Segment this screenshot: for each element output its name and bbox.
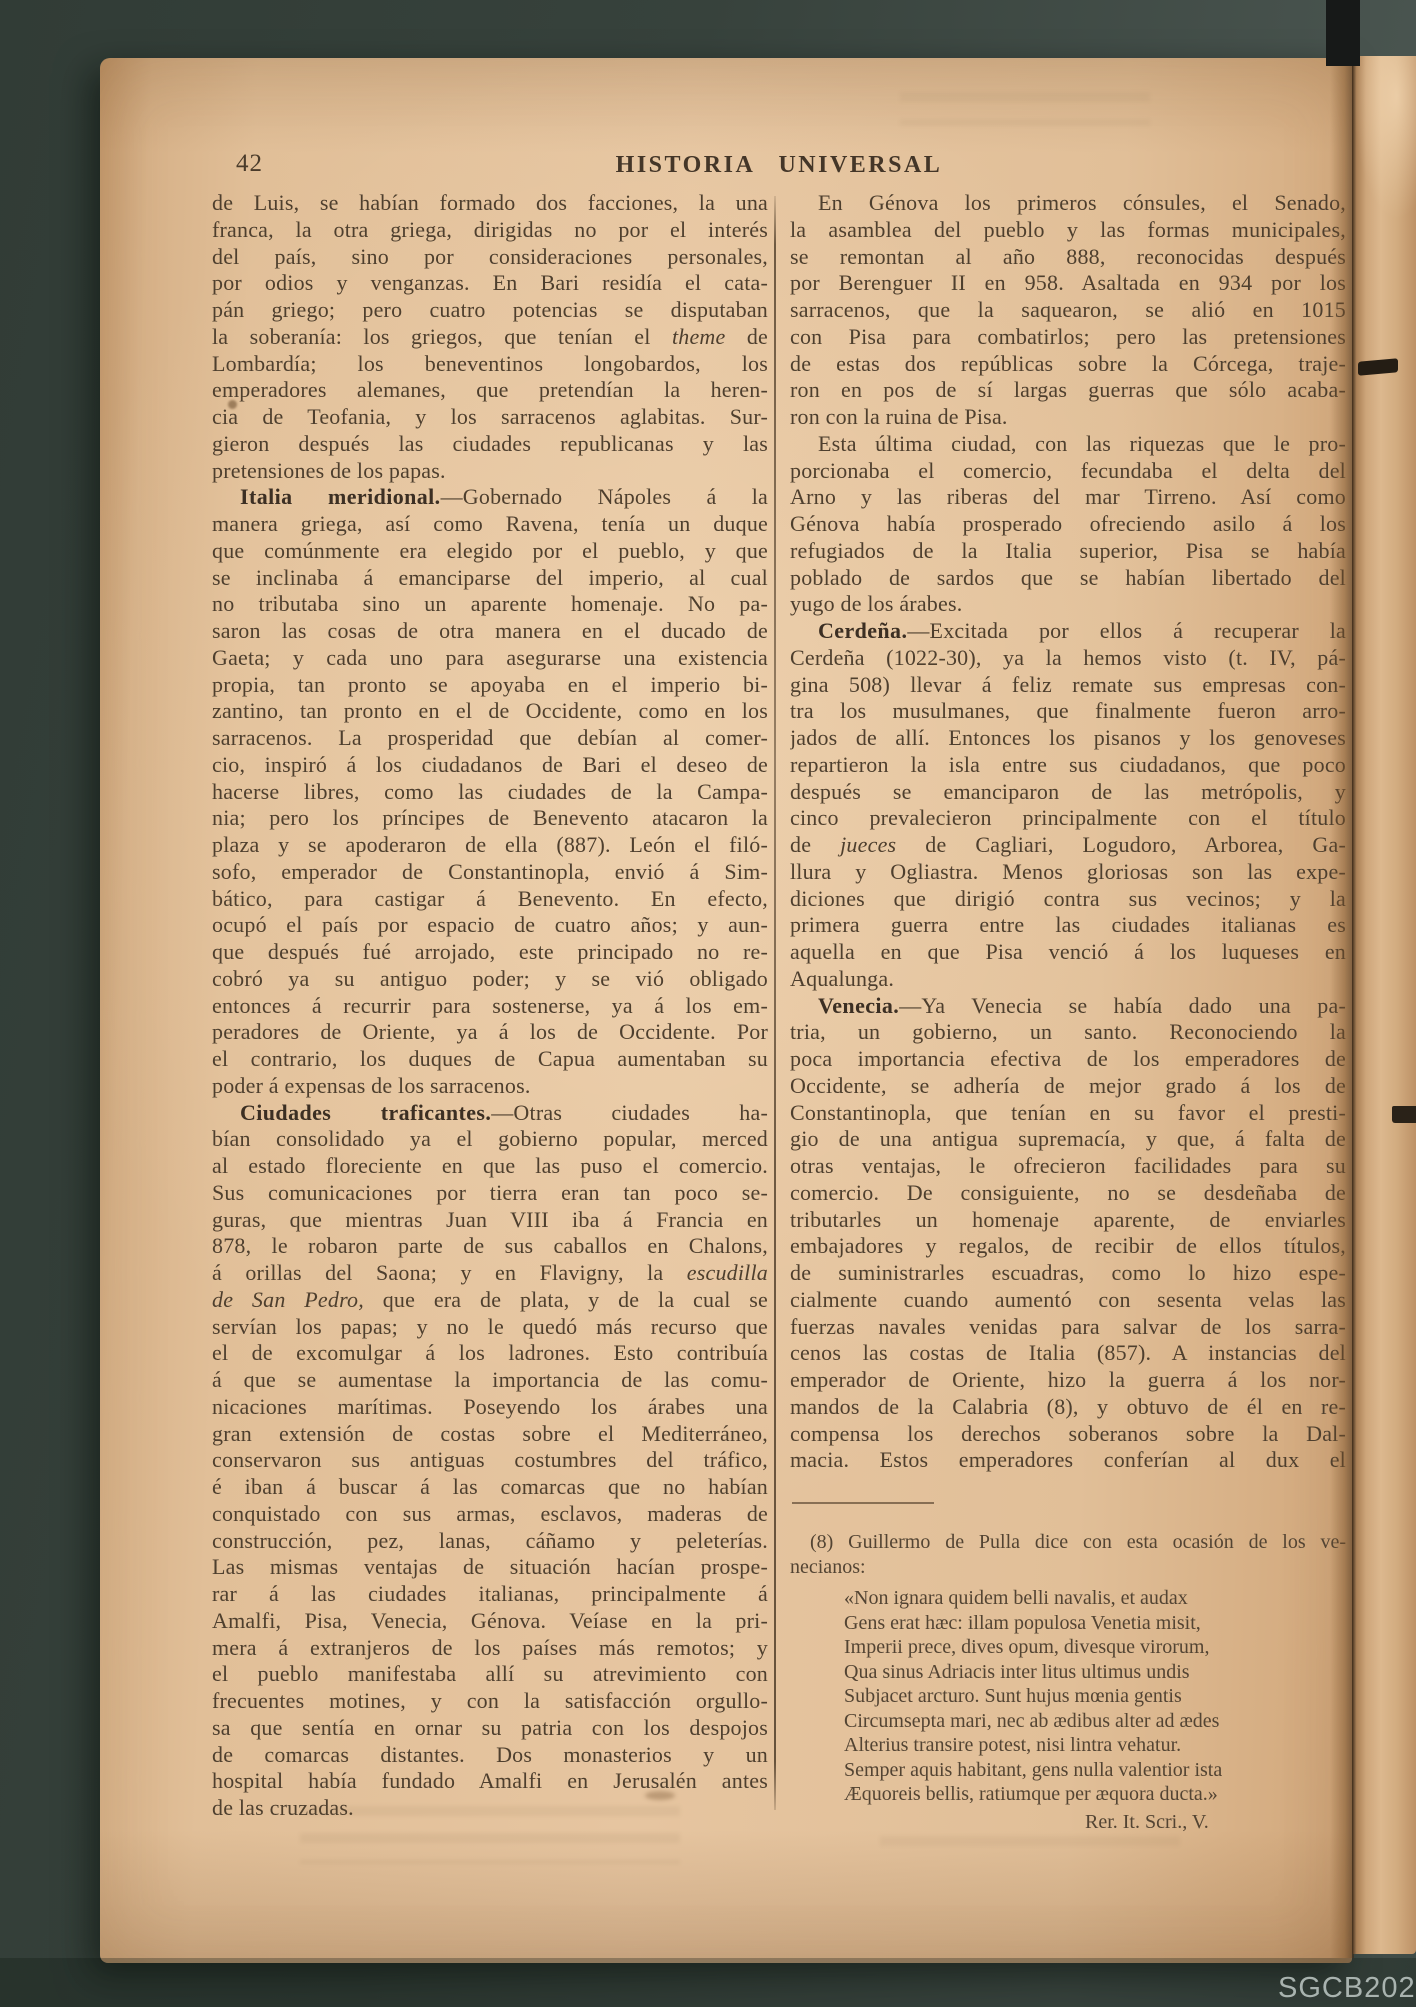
book-page: 42 HISTORIA UNIVERSAL de Luis, se habían…	[100, 58, 1352, 1963]
ink-showthrough-smudge	[900, 92, 1150, 126]
text-line: poca importancia efectiva de los emperad…	[790, 1046, 1346, 1073]
right-column: En Génova los primeros cónsules, el Sena…	[790, 190, 1346, 1474]
text-line: que comúnmente era elegido por el pueblo…	[212, 538, 768, 565]
ink-showthrough-smudge	[880, 1836, 1180, 1862]
text-line: cia de Teofania, y los sarracenos aglabi…	[212, 404, 768, 431]
text-line: Cerdeña (1022-30), ya la hemos visto (t.…	[790, 645, 1346, 672]
scanner-bed-shadow	[0, 1958, 1416, 2007]
text-line: el contrario, los duques de Capua aument…	[212, 1046, 768, 1073]
footnote-intro: (8) Guillermo de Pulla dice con esta oca…	[790, 1530, 1346, 1579]
text-line: no tributaba sino un aparente homenaje. …	[212, 591, 768, 618]
text-line: á que se aumentase la importancia de las…	[212, 1367, 768, 1394]
text-line: ron en pos de sí largas guerras que sólo…	[790, 377, 1346, 404]
text-line: jados de allí. Entonces los pisanos y lo…	[790, 725, 1346, 752]
text-line: otras ventajas, le ofrecieron facilidade…	[790, 1153, 1346, 1180]
library-watermark: SGCB2021	[1278, 1972, 1416, 2005]
text-line: Constantinopla, que tenían en su favor e…	[790, 1100, 1346, 1127]
text-line: al estado floreciente en que las puso el…	[212, 1153, 768, 1180]
text-line: gina 508) llevar á feliz remate sus empr…	[790, 672, 1346, 699]
text-line: tria, un gobierno, un santo. Reconociend…	[790, 1019, 1346, 1046]
ink-showthrough-smudge	[300, 1806, 680, 1864]
text-line: sa que sentía en ornar su patria con los…	[212, 1715, 768, 1742]
text-line: ocupó el país por espacio de cuatro años…	[212, 912, 768, 939]
text-line: de jueces de Cagliari, Logudoro, Arborea…	[790, 832, 1346, 859]
text-line: macia. Estos emperadores conferían al du…	[790, 1447, 1346, 1474]
text-line: fuerzas navales venidas para salvar de l…	[790, 1314, 1346, 1341]
text-line: cobró ya su antiguo poder; y se vió obli…	[212, 966, 768, 993]
text-line: el pueblo manifestaba allí su atrevimien…	[212, 1661, 768, 1688]
text-line: Arno y las riberas del mar Tirreno. Así …	[790, 484, 1346, 511]
text-line: la soberanía: los griegos, que tenían el…	[212, 324, 768, 351]
text-line: gran extensión de costas sobre el Medite…	[212, 1421, 768, 1448]
text-line: después se emanciparon de las metrópolis…	[790, 779, 1346, 806]
text-line: compensa los derechos soberanos sobre la…	[790, 1421, 1346, 1448]
text-line: peradores de Oriente, ya á los de Occide…	[212, 1019, 768, 1046]
text-line: ron con la ruina de Pisa.	[790, 404, 1346, 431]
text-line: poder á expensas de los sarracenos.	[212, 1073, 768, 1100]
text-line: Occidente, se adhería de mejor grado á l…	[790, 1073, 1346, 1100]
text-line: franca, la otra griega, dirigidas no por…	[212, 217, 768, 244]
book-page-edges	[1352, 56, 1416, 1954]
footnote-rule	[792, 1502, 934, 1504]
text-line: primera guerra entre las ciudades italia…	[790, 912, 1346, 939]
text-line: gio de una antigua supremacía, y que, á …	[790, 1126, 1346, 1153]
text-line: 878, le robaron parte de sus caballos en…	[212, 1233, 768, 1260]
text-line: que después fué arrojado, este principad…	[212, 939, 768, 966]
text-line: (8) Guillermo de Pulla dice con esta oca…	[790, 1530, 1346, 1555]
text-line: propia, tan pronto se apoyaba en el impe…	[212, 672, 768, 699]
text-line: bían consolidado ya el gobierno popular,…	[212, 1126, 768, 1153]
text-line: se inclinaba á emanciparse del imperio, …	[212, 565, 768, 592]
text-line: Imperii prece, dives opum, divesque viro…	[844, 1635, 1324, 1660]
text-line: Las mismas ventajas de situación hacían …	[212, 1554, 768, 1581]
text-line: porcionaba el comercio, fecundaba el del…	[790, 458, 1346, 485]
text-line: gieron después las ciudades republicanas…	[212, 431, 768, 458]
text-line: de San Pedro, que era de plata, y de la …	[212, 1287, 768, 1314]
text-line: de suministrarles escuadras, como lo hiz…	[790, 1260, 1346, 1287]
text-line: servían los papas; y no le quedó más rec…	[212, 1314, 768, 1341]
text-line: de comarcas distantes. Dos monasterios y…	[212, 1742, 768, 1769]
paper-stain-smudge	[645, 1791, 675, 1800]
paper-stain-dot	[228, 400, 237, 409]
text-line: aquella en que Pisa venció á los luquese…	[790, 939, 1346, 966]
text-line: de Luis, se habían formado dos facciones…	[212, 190, 768, 217]
text-line: diciones que dirigió contra sus vecinos;…	[790, 886, 1346, 913]
text-line: nicaciones marítimas. Poseyendo los árab…	[212, 1394, 768, 1421]
text-line: Gens erat hæc: illam populosa Venetia mi…	[844, 1611, 1324, 1636]
text-line: refugiados de la Italia superior, Pisa s…	[790, 538, 1346, 565]
text-line: Æquoreis bellis, ratiumque per æquora du…	[844, 1782, 1324, 1807]
text-line: cenos las costas de Italia (857). A inst…	[790, 1340, 1346, 1367]
text-line: cinco prevalecieron principalmente con e…	[790, 805, 1346, 832]
text-line: bático, para castigar á Benevento. En ef…	[212, 886, 768, 913]
text-line: el de excomulgar á los ladrones. Esto co…	[212, 1340, 768, 1367]
text-line: á orillas del Saona; y en Flavigny, la e…	[212, 1260, 768, 1287]
text-line: Subjacet arcturo. Sunt hujus mœnia genti…	[844, 1684, 1324, 1709]
text-line: conservaron sus antiguas costumbres del …	[212, 1447, 768, 1474]
text-line: mandos de la Calabria (8), y obtuvo de é…	[790, 1394, 1346, 1421]
text-line: poblado de sardos que se habían libertad…	[790, 565, 1346, 592]
text-line: del país, sino por consideraciones perso…	[212, 244, 768, 271]
text-line: emperador de Oriente, hizo la guerra á l…	[790, 1367, 1346, 1394]
text-line: hospital había fundado Amalfi en Jerusal…	[212, 1768, 768, 1795]
text-line: comercio. De consiguiente, no se desdeña…	[790, 1180, 1346, 1207]
binding-gap-shadow	[1326, 0, 1360, 66]
text-line: conquistado con sus armas, esclavos, mad…	[212, 1501, 768, 1528]
text-line: Italia meridional.—Gobernado Nápoles á l…	[212, 484, 768, 511]
text-line: «Non ignara quidem belli navalis, et aud…	[844, 1586, 1324, 1611]
left-column: de Luis, se habían formado dos facciones…	[212, 190, 768, 1822]
text-line: cialmente cuando aumentó con sesenta vel…	[790, 1287, 1346, 1314]
text-line: Esta última ciudad, con las riquezas que…	[790, 431, 1346, 458]
text-line: repartieron la isla entre sus ciudadanos…	[790, 752, 1346, 779]
text-line: Aqualunga.	[790, 966, 1346, 993]
text-line: Venecia.—Ya Venecia se había dado una pa…	[790, 993, 1346, 1020]
book-scan: { "page": { "number": "42", "header": "H…	[0, 0, 1416, 2007]
text-line: tra los musulmanes, que finalmente fuero…	[790, 698, 1346, 725]
running-header: HISTORIA UNIVERSAL	[212, 152, 1346, 179]
text-line: Sus comunicaciones por tierra eran tan p…	[212, 1180, 768, 1207]
page-edge-gap-shadow	[1392, 1106, 1416, 1123]
text-line: manera griega, así como Ravena, tenía un…	[212, 511, 768, 538]
column-divider-rule	[774, 196, 776, 1810]
text-line: pán griego; pero cuatro potencias se dis…	[212, 297, 768, 324]
text-line: plaza y se apoderaron de ella (887). Leó…	[212, 832, 768, 859]
text-line: por odios y venganzas. En Bari residía e…	[212, 270, 768, 297]
text-line: necianos:	[790, 1555, 1346, 1580]
text-line: Circumsepta mari, nec ab ædibus alter ad…	[844, 1709, 1324, 1734]
text-line: entonces á recurrir para sostenerse, ya …	[212, 993, 768, 1020]
page-fold-crease	[1330, 58, 1354, 1958]
text-line: se remontan al año 888, reconocidas desp…	[790, 244, 1346, 271]
text-line: embajadores y regalos, de recibir de ell…	[790, 1233, 1346, 1260]
text-line: Semper aquis habitant, gens nulla valent…	[844, 1758, 1324, 1783]
text-line: Alterius transire potest, nisi lintra ve…	[844, 1733, 1324, 1758]
text-line: rar á las ciudades italianas, principalm…	[212, 1581, 768, 1608]
footnote-verse: «Non ignara quidem belli navalis, et aud…	[844, 1586, 1324, 1807]
text-line: por Berenguer II en 958. Asaltada en 934…	[790, 270, 1346, 297]
text-line: la asamblea del pueblo y las formas muni…	[790, 217, 1346, 244]
text-line: saron las cosas de otra manera en el duc…	[212, 618, 768, 645]
text-line: sofo, emperador de Constantinopla, envió…	[212, 859, 768, 886]
text-line: Ciudades traficantes.—Otras ciudades ha-	[212, 1100, 768, 1127]
text-line: sarracenos. La prosperidad que debían al…	[212, 725, 768, 752]
text-line: con Pisa para combatirlos; pero las pret…	[790, 324, 1346, 351]
text-line: En Génova los primeros cónsules, el Sena…	[790, 190, 1346, 217]
text-line: Génova había prosperado ofreciendo asilo…	[790, 511, 1346, 538]
text-line: construcción, pez, lanas, cáñamo y pelet…	[212, 1528, 768, 1555]
text-line: de estas dos repúblicas sobre la Córcega…	[790, 351, 1346, 378]
text-line: Gaeta; y cada uno para asegurarse una ex…	[212, 645, 768, 672]
text-line: emperadores alemanes, que pretendían la …	[212, 377, 768, 404]
footnote: (8) Guillermo de Pulla dice con esta oca…	[790, 1502, 1346, 1834]
text-line: cio, inspiró á los ciudadanos de Bari el…	[212, 752, 768, 779]
text-line: nia; pero los príncipes de Benevento ata…	[212, 805, 768, 832]
text-line: llura y Ogliastra. Menos gloriosas son l…	[790, 859, 1346, 886]
text-line: yugo de los árabes.	[790, 591, 1346, 618]
text-line: guras, que mientras Juan VIII iba á Fran…	[212, 1207, 768, 1234]
text-line: hacerse libres, como las ciudades de la …	[212, 779, 768, 806]
text-line: Qua sinus Adriacis inter litus ultimus u…	[844, 1660, 1324, 1685]
text-line: Amalfi, Pisa, Venecia, Génova. Veíase en…	[212, 1608, 768, 1635]
text-line: frecuentes motines, y con la satisfacció…	[212, 1688, 768, 1715]
text-line: é iban á buscar á las comarcas que no ha…	[212, 1474, 768, 1501]
text-line: pretensiones de los papas.	[212, 458, 768, 485]
text-line: tributarles un homenaje aparente, de env…	[790, 1207, 1346, 1234]
text-line: Lombardía; los beneventinos longobardos,…	[212, 351, 768, 378]
footnote-attribution: Rer. It. Scri., V.	[1085, 1810, 1346, 1834]
text-line: mera á extranjeros de los países más rem…	[212, 1635, 768, 1662]
text-line: sarracenos, que la saquearon, se alió en…	[790, 297, 1346, 324]
text-line: zantino, tan pronto en el de Occidente, …	[212, 698, 768, 725]
text-line: Cerdeña.—Excitada por ellos á recuperar …	[790, 618, 1346, 645]
